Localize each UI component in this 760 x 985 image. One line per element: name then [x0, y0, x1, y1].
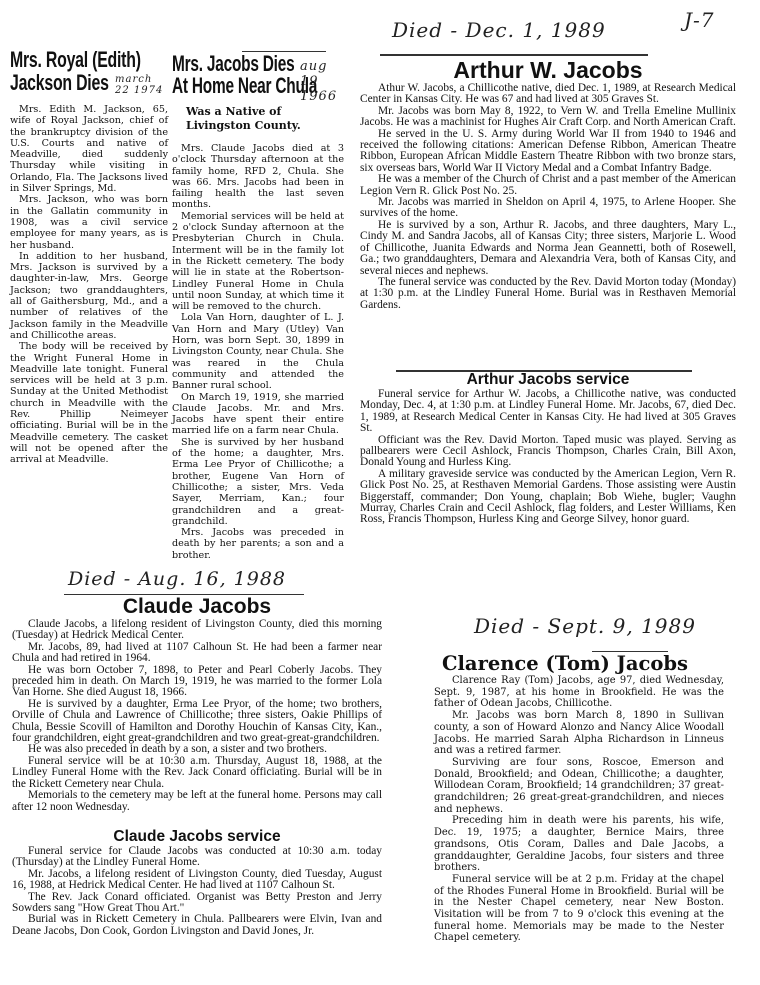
paragraph: Mrs. Jackson, who was born in the Gallat…	[10, 194, 168, 250]
clipping-arthur-jacobs-service: Arthur Jacobs service Funeral service fo…	[360, 371, 736, 526]
paragraph: Memorial services will be held at 2 o'cl…	[172, 211, 344, 313]
headline: Claude Jacobs service	[12, 827, 382, 846]
subheadline-line-2: Livingston County.	[186, 119, 344, 133]
paragraph: On March 19, 1919, she married Claude Ja…	[172, 392, 344, 437]
paragraph: Mrs. Jacobs was preceded in death by her…	[172, 527, 344, 561]
handwritten-date: Died - Sept. 9, 1989	[474, 614, 696, 638]
headline-line-2: Jackson Dies	[10, 71, 124, 94]
paragraph: Funeral service for Arthur W. Jacobs, a …	[360, 389, 736, 435]
clipping-edith-jackson: Mrs. Royal (Edith) Jackson Dies march 22…	[10, 48, 168, 466]
paragraph: Funeral service for Claude Jacobs was co…	[12, 846, 382, 869]
paragraph: Mr. Jacobs, a lifelong resident of Livin…	[12, 869, 382, 892]
paragraph: Mr. Jacobs, 89, had lived at 1107 Calhou…	[12, 642, 382, 665]
paragraph: A military graveside service was conduct…	[360, 469, 736, 526]
clipping-lola-jacobs: Mrs. Jacobs Dies At Home Near Chula aug …	[172, 53, 344, 561]
paragraph: The Rev. Jack Conard officiated. Organis…	[12, 892, 382, 915]
paragraph: She is survived by her husband of the ho…	[172, 437, 344, 527]
paragraph: Clarence Ray (Tom) Jacobs, age 97, died …	[434, 675, 724, 710]
paragraph: He was a member of the Church of Christ …	[360, 174, 736, 197]
paragraph: Funeral service will be at 10:30 a.m. Th…	[12, 756, 382, 790]
paragraph: Claude Jacobs, a lifelong resident of Li…	[12, 619, 382, 642]
paragraph: He is survived by a son, Arthur R. Jacob…	[360, 220, 736, 277]
headline: Arthur Jacobs service	[360, 371, 736, 389]
paragraph: The funeral service was conducted by the…	[360, 277, 736, 311]
paragraph: Lola Van Horn, daughter of L. J. Van Hor…	[172, 312, 344, 391]
handwritten-date: Died - Dec. 1, 1989	[392, 18, 606, 42]
paragraph: Mrs. Edith M. Jackson, 65, wife of Royal…	[10, 104, 168, 194]
page-mark-handwritten: J-7	[684, 8, 715, 32]
handwritten-date: march 22 1974	[115, 74, 165, 96]
headline: Claude Jacobs	[12, 595, 382, 619]
paragraph: Preceding him in death were his parents,…	[434, 815, 724, 874]
headline-line-1: Mrs. Royal (Edith)	[10, 48, 124, 71]
subheadline-line-1: Was a Native of	[186, 105, 344, 119]
paragraph: Surviving are four sons, Roscoe, Emerson…	[434, 757, 724, 816]
paragraph: The body will be received by the Wright …	[10, 341, 168, 465]
clipping-arthur-jacobs: Arthur W. Jacobs Athur W. Jacobs, a Chil…	[360, 57, 736, 311]
headline: Arthur W. Jacobs	[360, 57, 736, 83]
headline: Clarence (Tom) Jacobs	[442, 653, 724, 675]
paragraph: Mr. Jacobs was married in Sheldon on Apr…	[360, 197, 736, 220]
paragraph: In addition to her husband, Mrs. Jackson…	[10, 251, 168, 341]
clipping-clarence-jacobs: Clarence (Tom) Jacobs Clarence Ray (Tom)…	[434, 653, 724, 944]
headline-line-1: Mrs. Jacobs Dies	[172, 53, 292, 75]
clipping-claude-jacobs-service: Claude Jacobs service Funeral service fo…	[12, 827, 382, 937]
paragraph: Mrs. Claude Jacobs died at 3 o'clock Thu…	[172, 143, 344, 211]
clipping-claude-jacobs: Claude Jacobs Claude Jacobs, a lifelong …	[12, 595, 382, 813]
handwritten-date: aug 19 1966	[300, 59, 350, 104]
headline-line-2: At Home Near Chula	[172, 75, 292, 97]
paragraph: Athur W. Jacobs, a Chillicothe native, d…	[360, 83, 736, 106]
paragraph: Memorials to the cemetery may be left at…	[12, 790, 382, 813]
handwritten-date: Died - Aug. 16, 1988	[68, 568, 286, 590]
paragraph: Officiant was the Rev. David Morton. Tap…	[360, 435, 736, 469]
paragraph: Burial was in Rickett Cemetery in Chula.…	[12, 914, 382, 937]
paragraph: Funeral service will be at 2 p.m. Friday…	[434, 874, 724, 944]
top-rule	[380, 54, 648, 56]
paragraph: Mr. Jacobs was born March 8, 1890 in Sul…	[434, 710, 724, 757]
paragraph: He is survived by a daughter, Erma Lee P…	[12, 699, 382, 745]
paragraph: Mr. Jacobs was born May 8, 1922, to Vern…	[360, 106, 736, 129]
paragraph: He was born October 7, 1898, to Peter an…	[12, 665, 382, 699]
paragraph: He served in the U. S. Army during World…	[360, 129, 736, 175]
